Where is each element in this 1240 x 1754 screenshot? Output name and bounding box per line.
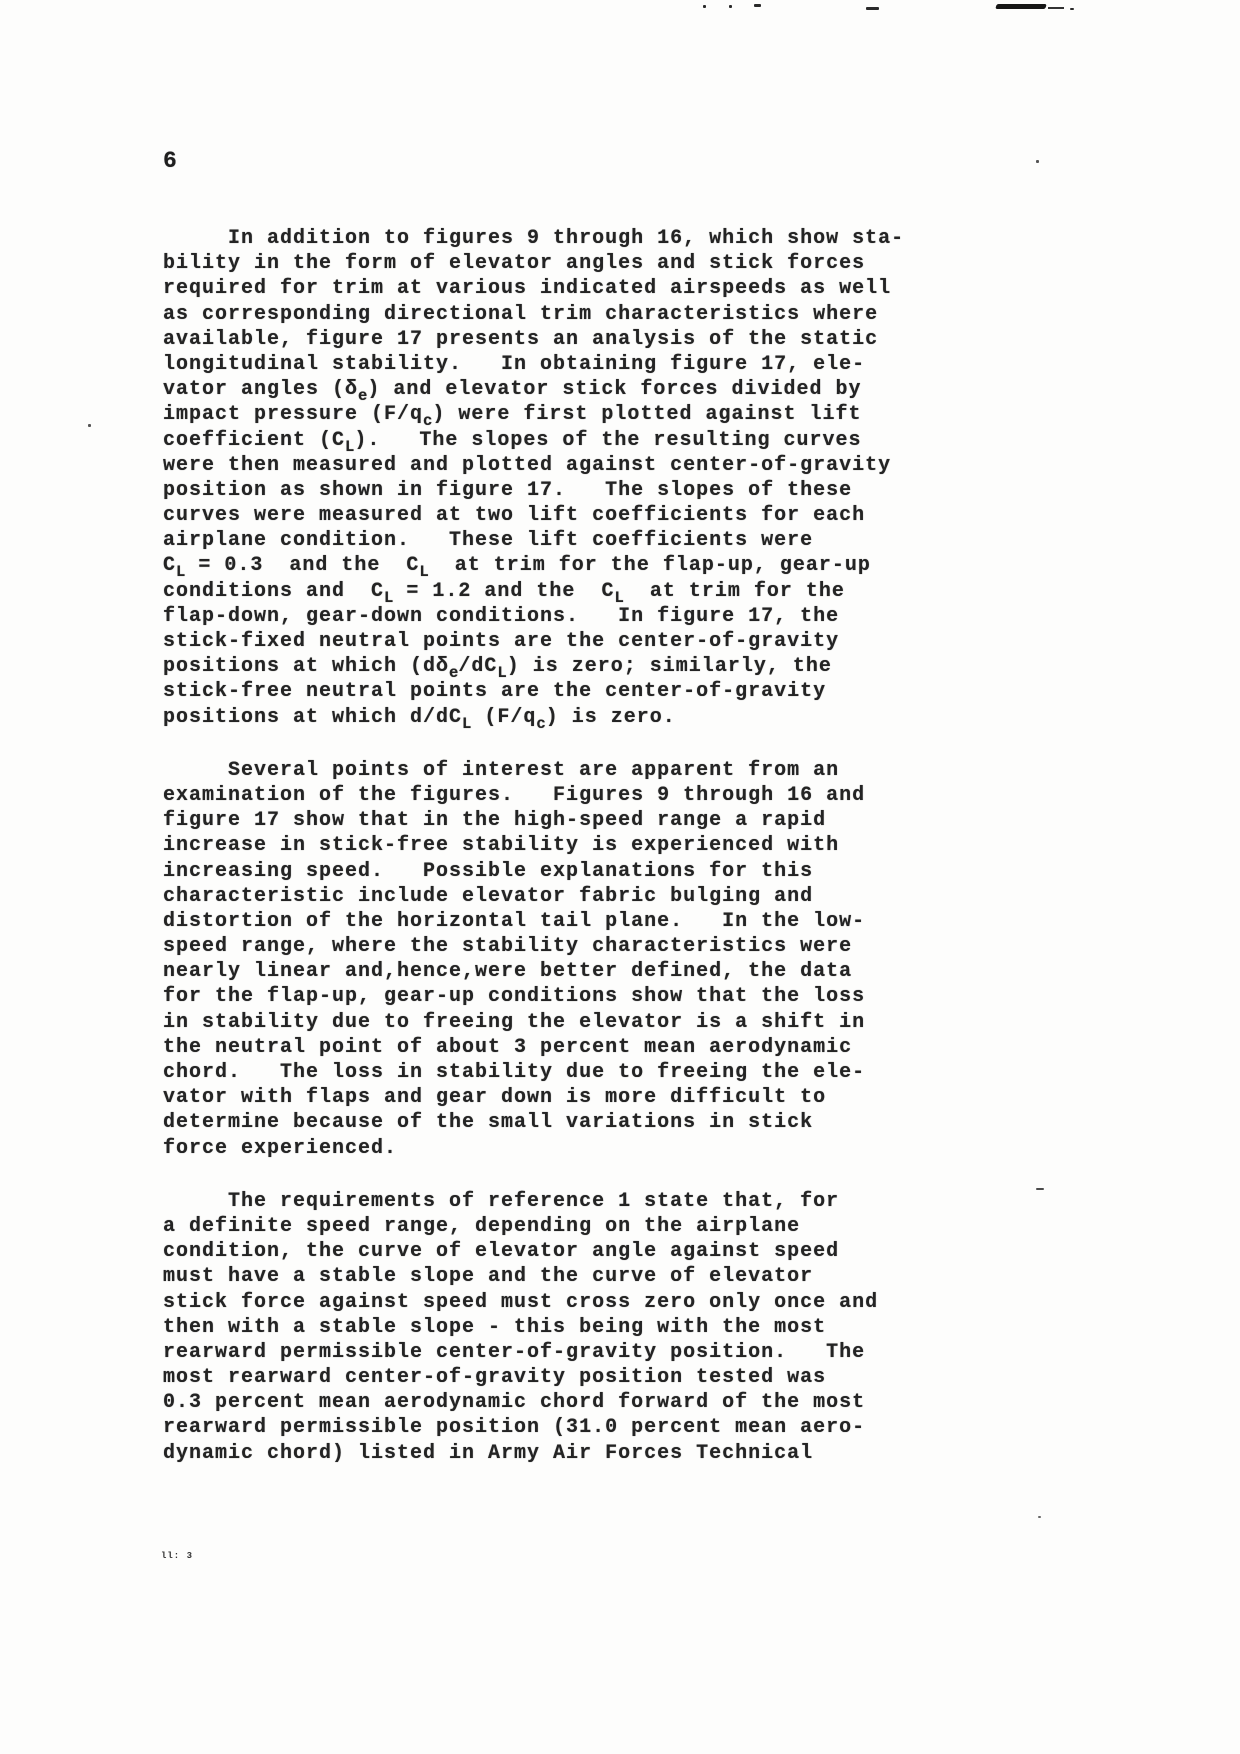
text-line: position as shown in figure 17. The slop… <box>163 478 1163 503</box>
text-line: impact pressure (F/qc) were first plotte… <box>163 402 1163 427</box>
text-line: most rearward center-of-gravity position… <box>163 1365 1163 1390</box>
text-line: coefficient (CL). The slopes of the resu… <box>163 428 1163 453</box>
text-line: in stability due to freeing the elevator… <box>163 1010 1163 1035</box>
scan-speck <box>88 424 91 427</box>
text-line: must have a stable slope and the curve o… <box>163 1264 1163 1289</box>
text-line: Several points of interest are apparent … <box>163 758 1163 783</box>
scanned-page: 6 In addition to figures 9 through 16, w… <box>0 0 1240 1754</box>
text-line: figure 17 show that in the high-speed ra… <box>163 808 1163 833</box>
text-line: as corresponding directional trim charac… <box>163 302 1163 327</box>
text-line: vator angles (δe) and elevator stick for… <box>163 377 1163 402</box>
paragraph: The requirements of reference 1 state th… <box>163 1189 1163 1466</box>
scan-speck <box>1070 8 1074 10</box>
text-line: distortion of the horizontal tail plane.… <box>163 909 1163 934</box>
scan-speck <box>1038 1516 1041 1518</box>
text-line: airplane condition. These lift coefficie… <box>163 528 1163 553</box>
scan-smear <box>1048 7 1064 9</box>
text-line: rearward permissible center-of-gravity p… <box>163 1340 1163 1365</box>
text-line: required for trim at various indicated a… <box>163 276 1163 301</box>
text-line: conditions and CL = 1.2 and the CL at tr… <box>163 579 1163 604</box>
text-line: the neutral point of about 3 percent mea… <box>163 1035 1163 1060</box>
scan-speck <box>703 5 706 8</box>
text-line: increase in stick-free stability is expe… <box>163 833 1163 858</box>
scan-speck <box>754 4 761 7</box>
text-line: nearly linear and,hence,were better defi… <box>163 959 1163 984</box>
text-line: for the flap-up, gear-up conditions show… <box>163 984 1163 1009</box>
text-line: longitudinal stability. In obtaining fig… <box>163 352 1163 377</box>
text-line: were then measured and plotted against c… <box>163 453 1163 478</box>
text-line: curves were measured at two lift coeffic… <box>163 503 1163 528</box>
text-line: examination of the figures. Figures 9 th… <box>163 783 1163 808</box>
margin-ink-mark: ll: 3 <box>161 1551 193 1561</box>
text-line: force experienced. <box>163 1136 1163 1161</box>
text-line: chord. The loss in stability due to free… <box>163 1060 1163 1085</box>
scan-smear <box>995 4 1047 9</box>
text-line: In addition to figures 9 through 16, whi… <box>163 226 1163 251</box>
paragraph: In addition to figures 9 through 16, whi… <box>163 226 1163 730</box>
text-line: positions at which d/dCL (F/qc) is zero. <box>163 705 1163 730</box>
text-line: stick-fixed neutral points are the cente… <box>163 629 1163 654</box>
document-body: In addition to figures 9 through 16, whi… <box>163 226 1163 1466</box>
text-line: CL = 0.3 and the CL at trim for the flap… <box>163 553 1163 578</box>
text-line: bility in the form of elevator angles an… <box>163 251 1163 276</box>
page-number: 6 <box>163 148 177 174</box>
paragraph: Several points of interest are apparent … <box>163 758 1163 1161</box>
scan-speck <box>1036 160 1039 163</box>
text-line: condition, the curve of elevator angle a… <box>163 1239 1163 1264</box>
text-line: rearward permissible position (31.0 perc… <box>163 1415 1163 1440</box>
text-line: positions at which (dδe/dCL) is zero; si… <box>163 654 1163 679</box>
text-line: dynamic chord) listed in Army Air Forces… <box>163 1441 1163 1466</box>
text-line: vator with flaps and gear down is more d… <box>163 1085 1163 1110</box>
text-line: speed range, where the stability charact… <box>163 934 1163 959</box>
text-line: a definite speed range, depending on the… <box>163 1214 1163 1239</box>
text-line: flap-down, gear-down conditions. In figu… <box>163 604 1163 629</box>
text-line: increasing speed. Possible explanations … <box>163 859 1163 884</box>
text-line: available, figure 17 presents an analysi… <box>163 327 1163 352</box>
text-line: stick force against speed must cross zer… <box>163 1290 1163 1315</box>
text-line: then with a stable slope - this being wi… <box>163 1315 1163 1340</box>
text-line: stick-free neutral points are the center… <box>163 679 1163 704</box>
text-line: 0.3 percent mean aerodynamic chord forwa… <box>163 1390 1163 1415</box>
text-line: characteristic include elevator fabric b… <box>163 884 1163 909</box>
text-line: The requirements of reference 1 state th… <box>163 1189 1163 1214</box>
scan-speck <box>866 7 879 10</box>
text-line: determine because of the small variation… <box>163 1110 1163 1135</box>
scan-speck <box>729 5 732 8</box>
